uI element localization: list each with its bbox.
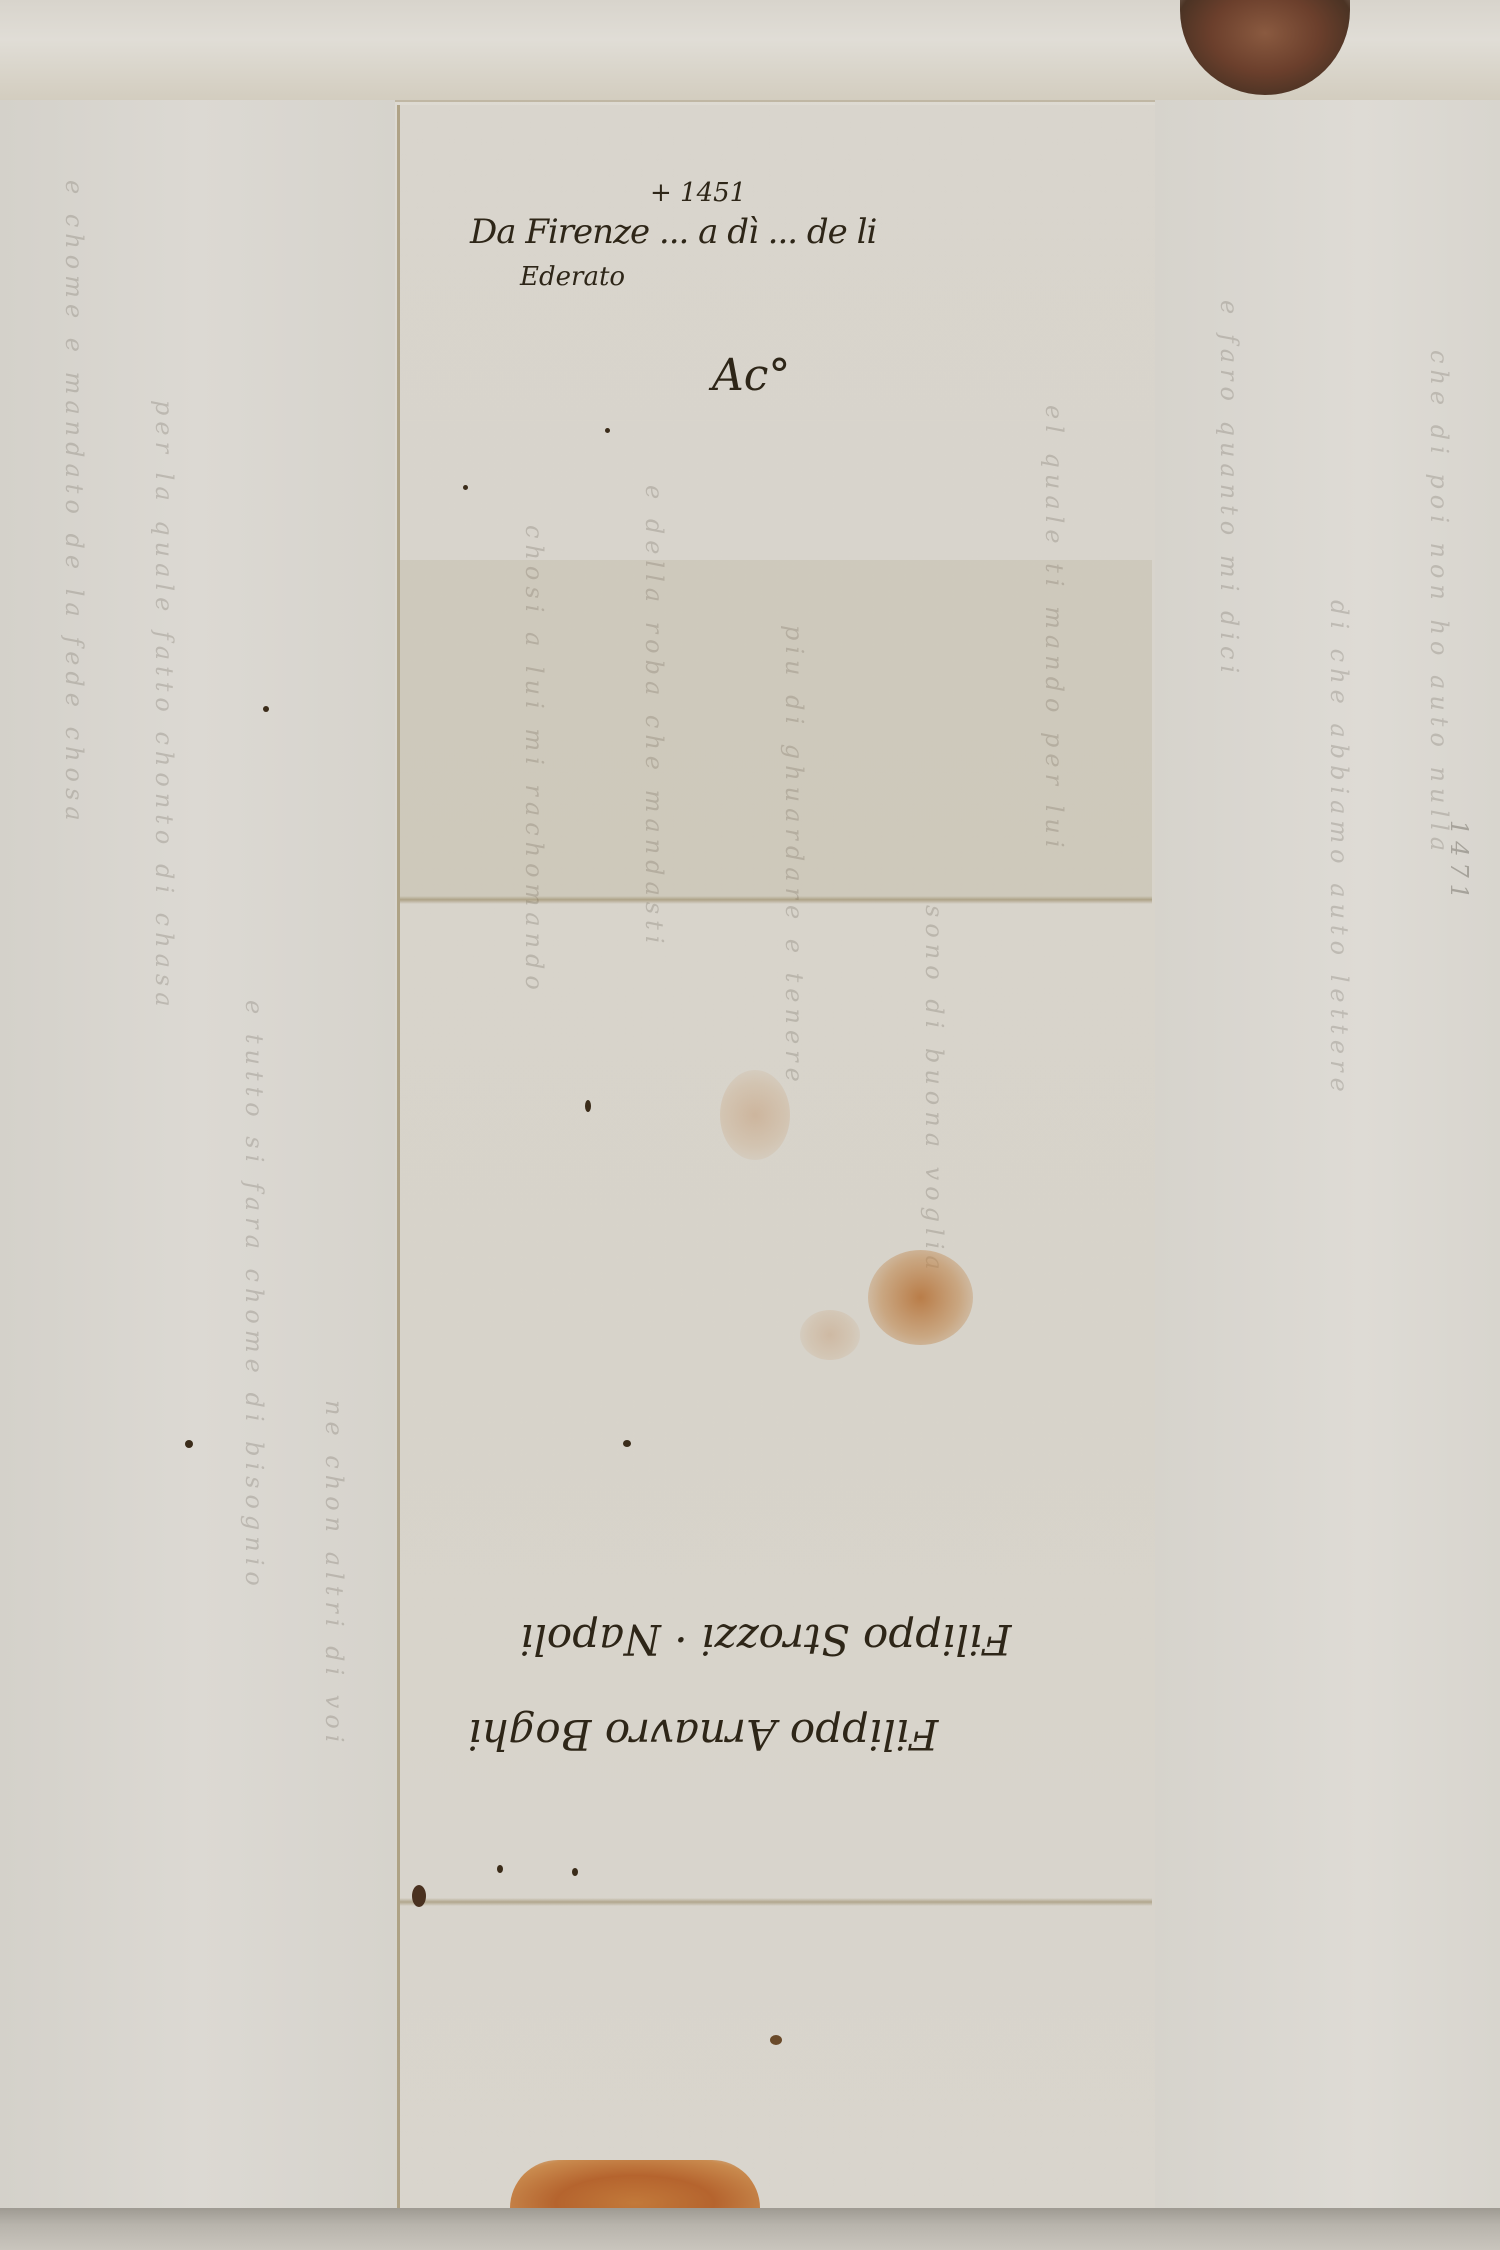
ink-speck [623, 1440, 631, 1447]
foxing-stain [800, 1310, 860, 1360]
paper-bottom-edge [0, 2208, 1500, 2250]
ink-speck [263, 706, 269, 712]
fold-stain [400, 560, 1152, 900]
left-fold-panel: e chome e mandato de la fede chosa per l… [0, 100, 395, 2210]
receipt-mark: Ac° [712, 350, 790, 401]
ink-speck [585, 1100, 591, 1112]
ink-speck [412, 1885, 426, 1907]
ink-speck [497, 1865, 503, 1873]
margin-note-right: 1471 [1445, 820, 1473, 905]
bleed-through-text: e faro quanto mi dici [1215, 300, 1243, 679]
foxing-stain [720, 1070, 790, 1160]
horizontal-fold [400, 1898, 1152, 1906]
ink-speck [770, 2035, 782, 2045]
date-note: + 1451 [650, 178, 746, 208]
foxing-stain [868, 1250, 973, 1345]
bleed-through-text: sono di buona voglia [920, 905, 948, 1276]
horizontal-fold [400, 896, 1152, 904]
bleed-through-text: per la quale fatto chonto di chasa [150, 400, 178, 1013]
bleed-through-text: e chome e mandato de la fede chosa [60, 180, 88, 827]
wax-seal-bottom [510, 2160, 760, 2208]
sender-note-line1: Da Firenze ... a dì ... de li [470, 212, 876, 252]
ink-speck [572, 1868, 578, 1876]
address-line2: Filippo Arnavro Boghi [468, 1710, 938, 1759]
ink-speck [463, 485, 468, 490]
bleed-through-text: che di poi non ho auto nulla [1425, 350, 1453, 857]
address-line1: Filippo Strozzi · Napoli [520, 1615, 1011, 1664]
bleed-through-text: di che abbiamo auto lettere [1325, 600, 1353, 1098]
address-panel: chosi a lui mi rachomando e della roba c… [397, 105, 1158, 2210]
bleed-through-text: e tutto si fara chome di bisognio [240, 1000, 268, 1592]
ink-speck [605, 428, 610, 433]
sender-note-line2: Ederato [520, 262, 625, 292]
right-fold-panel: e faro quanto mi dici di che abbiamo aut… [1155, 100, 1500, 2210]
bleed-through-text: ne chon altri di voi [320, 1400, 348, 1748]
ink-speck [185, 1440, 193, 1448]
